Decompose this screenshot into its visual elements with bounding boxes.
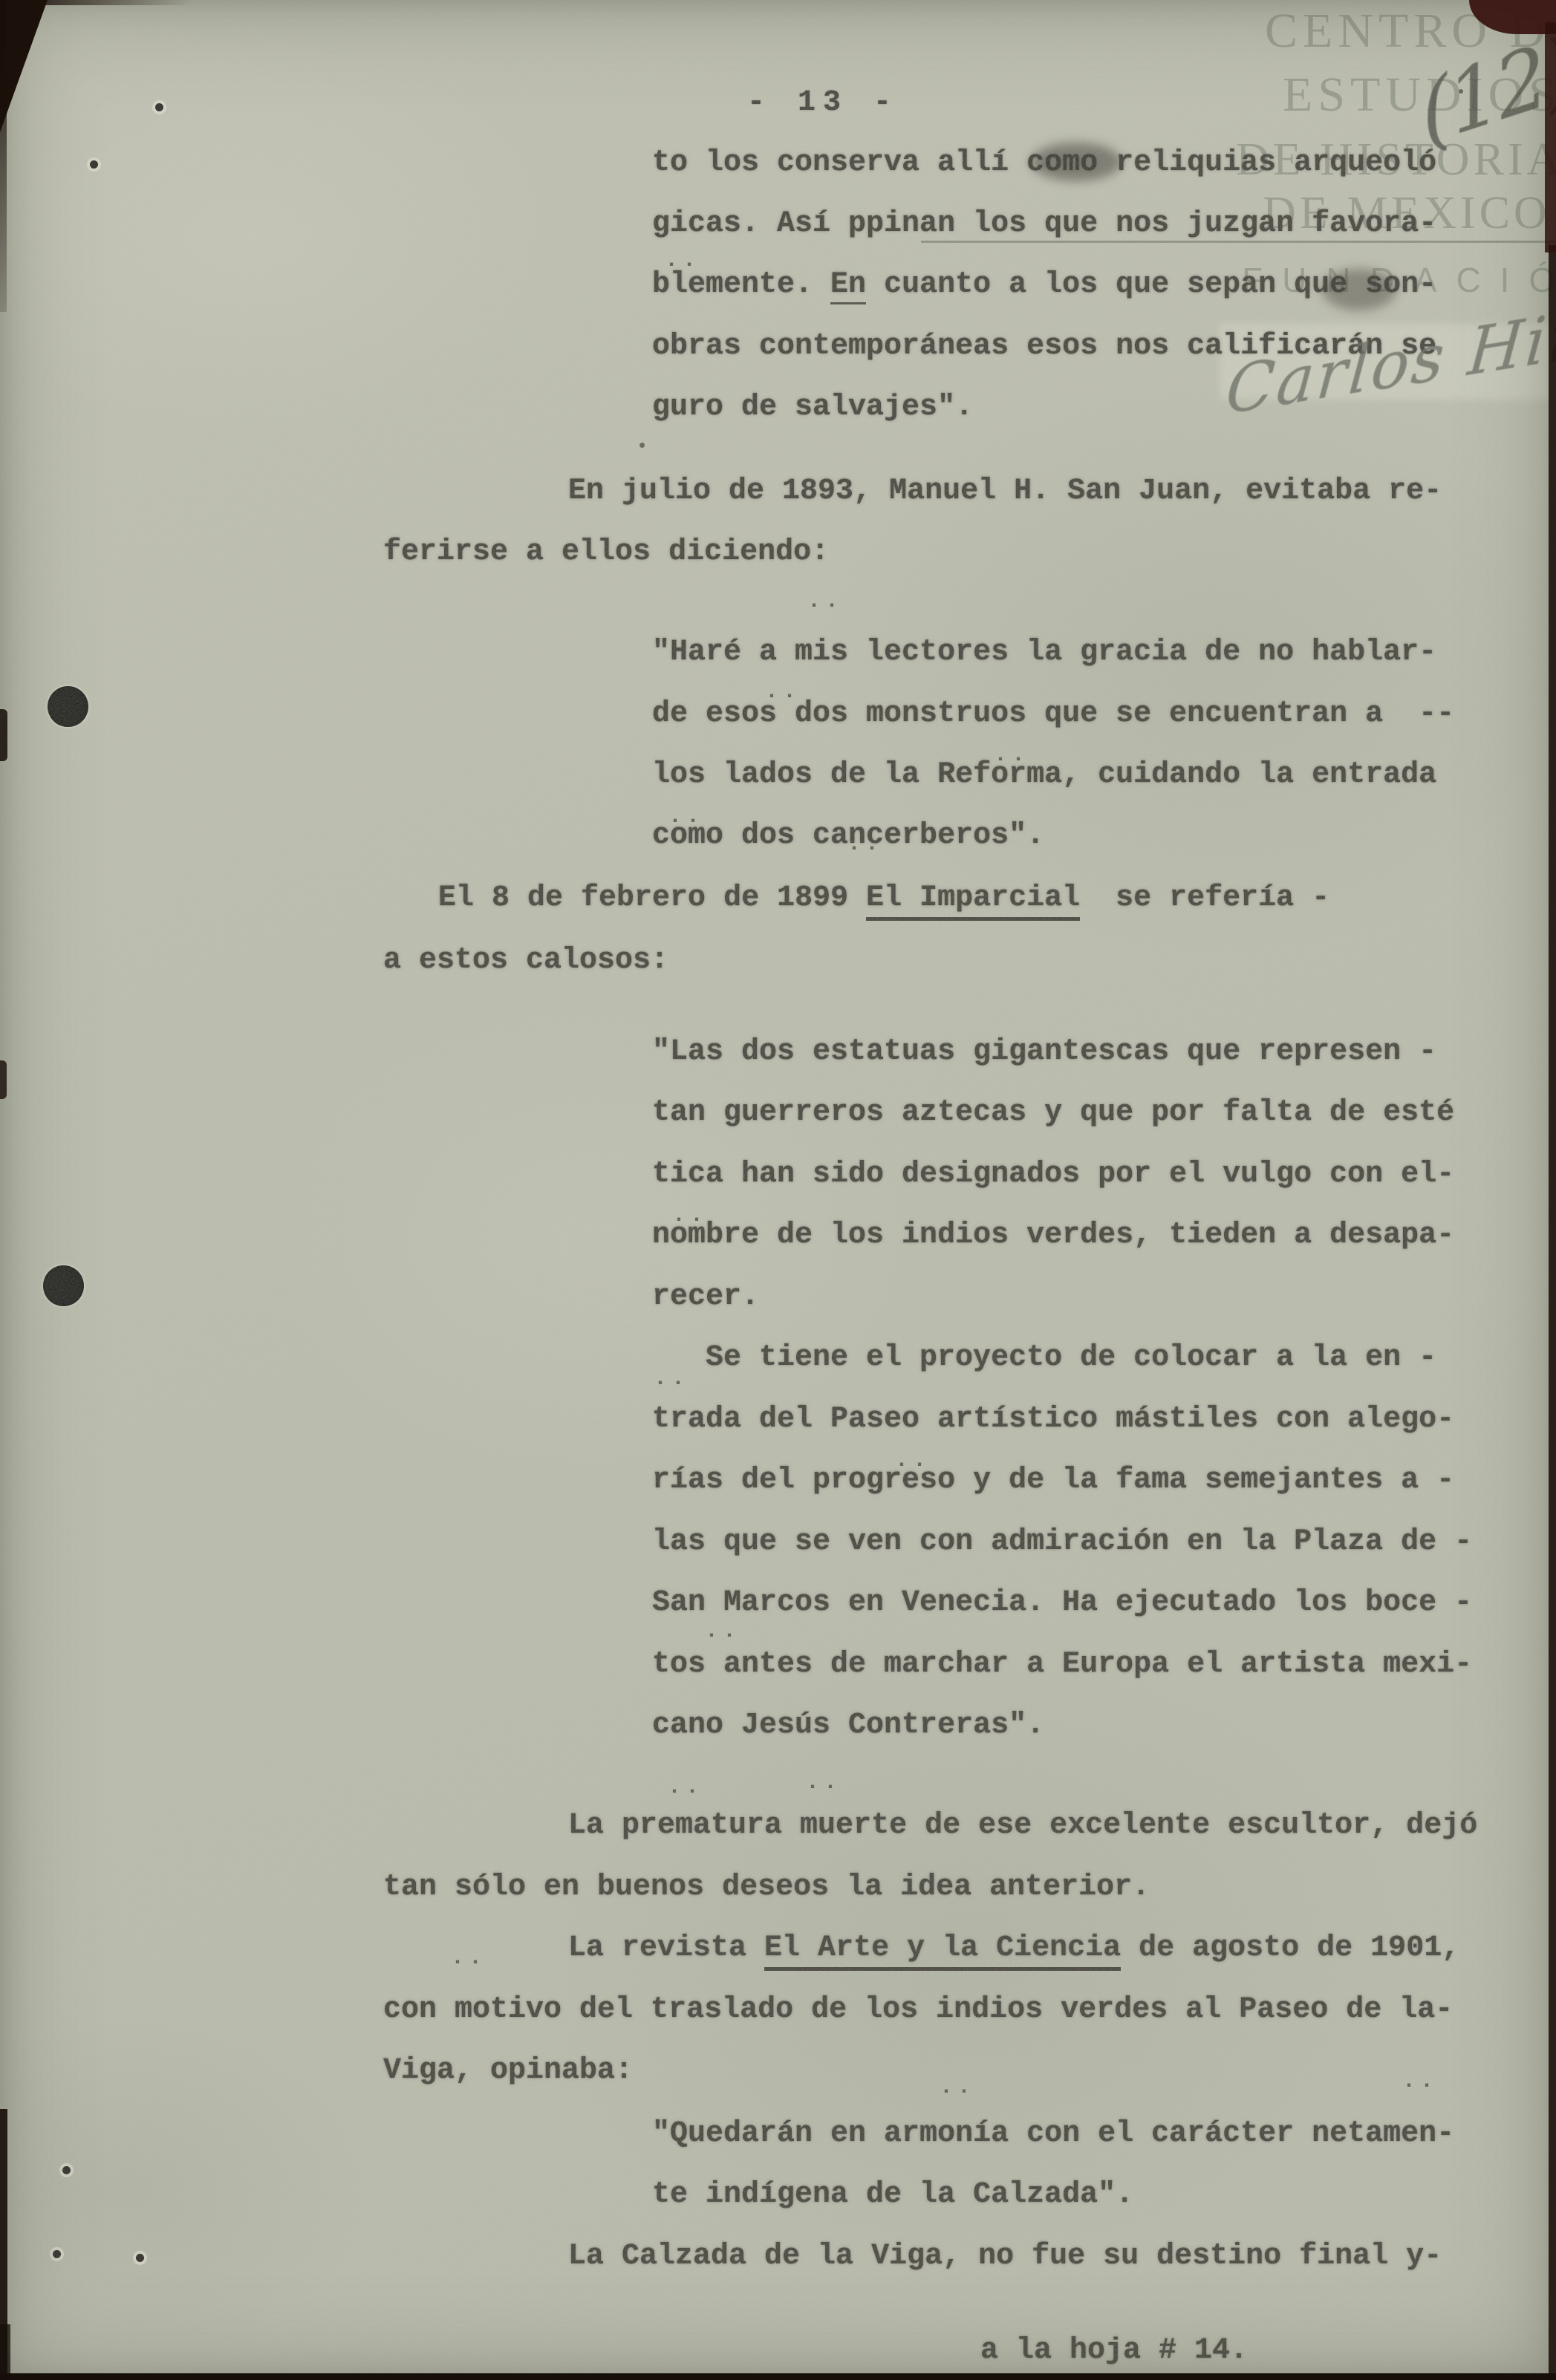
typed-line-para-3: tan sólo en buenos deseos la idea anteri… xyxy=(383,1870,1150,1905)
typewriter-correction-mark: .. xyxy=(847,832,883,857)
typed-line-quote-3: tan guerreros aztecas y que por falta de… xyxy=(652,1095,1454,1131)
pinhole xyxy=(136,2254,144,2262)
text-segment: gicas. Así ppinan los que nos juzgan fav… xyxy=(652,207,1436,241)
typed-line-para-2: El 8 de febrero de 1899 El Imparcial se … xyxy=(438,881,1329,916)
text-segment: tan guerreros aztecas y que por falta de… xyxy=(652,1096,1454,1129)
text-segment: Se tiene el proyecto de colocar a la en … xyxy=(706,1341,1436,1375)
text-segment: "Quedarán en armonía con el carácter net… xyxy=(652,2117,1454,2151)
text-segment: San Marcos en Venecia. Ha ejecutado los … xyxy=(652,1586,1472,1620)
typewriter-correction-mark: .. xyxy=(895,1448,931,1473)
text-segment: se refería - xyxy=(1080,881,1329,915)
underlined-text: El Arte y la Ciencia xyxy=(764,1931,1121,1971)
ink-smudge xyxy=(1031,143,1122,181)
text-segment: Viga, opinaba: xyxy=(383,2054,633,2087)
text-segment: La prematura muerte de ese excelente esc… xyxy=(568,1809,1477,1842)
text-segment: cano Jesús Contreras". xyxy=(652,1709,1044,1742)
text-segment: los lados de la Reforma, cuidando la ent… xyxy=(652,758,1436,792)
typewriter-correction-mark: .. xyxy=(765,679,801,705)
underlined-text: En xyxy=(830,268,866,304)
text-segment: "Las dos estatuas gigantescas que repres… xyxy=(652,1035,1436,1069)
typed-line-quote-3: rías del progreso y de la fama semejante… xyxy=(652,1463,1454,1499)
typewriter-correction-mark: .. xyxy=(668,804,704,829)
typed-line-quote-2: "Haré a mis lectores la gracia de no hab… xyxy=(652,635,1436,671)
text-segment: tos antes de marchar a Europa el artista… xyxy=(652,1648,1472,1681)
typed-line-quote-3: tos antes de marchar a Europa el artista… xyxy=(652,1647,1472,1683)
typed-line-footer-note: a la hoja # 14. xyxy=(980,2333,1248,2369)
typed-line-quote-3: las que se ven con admiración en la Plaz… xyxy=(652,1525,1472,1560)
text-segment: con motivo del traslado de los indios ve… xyxy=(383,1993,1453,2027)
text-segment: El 8 de febrero de 1899 xyxy=(438,881,866,915)
typed-line-para-1: En julio de 1893, Manuel H. San Juan, ev… xyxy=(568,474,1442,509)
typewriter-correction-mark: .. xyxy=(654,1366,689,1392)
typed-line-para-4: La Calzada de la Viga, no fue su destino… xyxy=(568,2239,1442,2275)
text-segment: "Haré a mis lectores la gracia de no hab… xyxy=(652,636,1436,669)
typed-line-quote-1: gicas. Así ppinan los que nos juzgan fav… xyxy=(652,206,1436,242)
text-segment: a estos calosos: xyxy=(383,944,668,977)
typewriter-correction-mark: .. xyxy=(672,1203,708,1228)
typewriter-correction-mark: .. xyxy=(1402,2069,1438,2094)
typewriter-correction-mark: .. xyxy=(451,1946,486,1971)
typed-line-quote-3: tica han sido designados por el vulgo co… xyxy=(652,1157,1454,1193)
text-segment: La Calzada de la Viga, no fue su destino… xyxy=(568,2240,1442,2273)
scanned-document-page: CENTRO DE ESTUDIOS DE HISTORIA DE MEXICO… xyxy=(0,0,1556,2380)
punch-hole xyxy=(43,1265,84,1306)
typed-line-para-3: La prematura muerte de ese excelente esc… xyxy=(568,1808,1477,1844)
typed-line-para-2: a estos calosos: xyxy=(383,943,668,979)
typed-line-quote-3: nombre de los indios verdes, tieden a de… xyxy=(652,1218,1454,1253)
typewriter-correction-mark: .. xyxy=(665,248,700,273)
typed-line-quote-2: los lados de la Reforma, cuidando la ent… xyxy=(652,757,1436,793)
pinhole xyxy=(90,160,98,169)
pinhole xyxy=(155,103,163,111)
typewriter-correction-mark: .. xyxy=(940,2075,975,2100)
text-segment: rías del progreso y de la fama semejante… xyxy=(652,1464,1454,1497)
text-segment: recer. xyxy=(652,1280,759,1314)
text-segment: trada del Paseo artístico mástiles con a… xyxy=(652,1403,1454,1436)
punch-hole xyxy=(48,686,88,727)
text-segment: ferirse a ellos diciendo: xyxy=(383,535,829,569)
pinhole xyxy=(53,2250,61,2258)
typed-line-quote-1: blemente. En cuanto a los que sepan que … xyxy=(652,267,1436,303)
text-segment: La revista xyxy=(568,1931,764,1965)
text-segment: tica han sido designados por el vulgo co… xyxy=(652,1158,1454,1191)
typed-line-para-3: con motivo del traslado de los indios ve… xyxy=(383,1992,1453,2028)
underlined-text: El Imparcial xyxy=(866,881,1080,921)
typewriter-correction-mark: .. xyxy=(994,743,1029,768)
typewriter-correction-mark: .. xyxy=(705,1619,740,1644)
typed-line-para-3: La revista El Arte y la Ciencia de agost… xyxy=(568,1931,1459,1966)
text-segment: tan sólo en buenos deseos la idea anteri… xyxy=(383,1871,1150,1904)
text-segment: nombre de los indios verdes, tieden a de… xyxy=(652,1219,1454,1252)
text-segment: de agosto de 1901, xyxy=(1121,1931,1459,1965)
text-segment: En julio de 1893, Manuel H. San Juan, ev… xyxy=(568,475,1442,508)
typewriter-correction-mark: .. xyxy=(668,1775,703,1800)
text-segment: guro de salvajes". xyxy=(652,391,973,424)
text-segment: las que se ven con admiración en la Plaz… xyxy=(652,1525,1472,1559)
typed-line-quote-4: te indígena de la Calzada". xyxy=(652,2177,1133,2213)
typewriter-correction-mark: .. xyxy=(806,1770,842,1796)
ink-speck xyxy=(639,443,645,448)
typed-line-quote-4: "Quedarán en armonía con el carácter net… xyxy=(652,2116,1454,2152)
typed-line-quote-3: San Marcos en Venecia. Ha ejecutado los … xyxy=(652,1585,1472,1621)
typed-line-para-3: Viga, opinaba: xyxy=(383,2053,633,2089)
typewriter-correction-mark: .. xyxy=(807,589,843,614)
typed-line-quote-3: trada del Paseo artístico mástiles con a… xyxy=(652,1402,1454,1438)
ink-smudge xyxy=(1322,269,1396,310)
typed-line-quote-1: guro de salvajes". xyxy=(652,390,973,426)
text-segment: a la hoja # 14. xyxy=(980,2334,1248,2367)
typed-line-quote-3: "Las dos estatuas gigantescas que repres… xyxy=(652,1034,1436,1070)
typed-line-para-1: ferirse a ellos diciendo: xyxy=(383,535,829,570)
typed-line-quote-3: cano Jesús Contreras". xyxy=(652,1708,1044,1744)
typed-line-quote-3: Se tiene el proyecto de colocar a la en … xyxy=(706,1340,1436,1376)
pinhole xyxy=(62,2166,71,2174)
typed-line-quote-3: recer. xyxy=(652,1279,759,1315)
text-segment: te indígena de la Calzada". xyxy=(652,2178,1133,2211)
